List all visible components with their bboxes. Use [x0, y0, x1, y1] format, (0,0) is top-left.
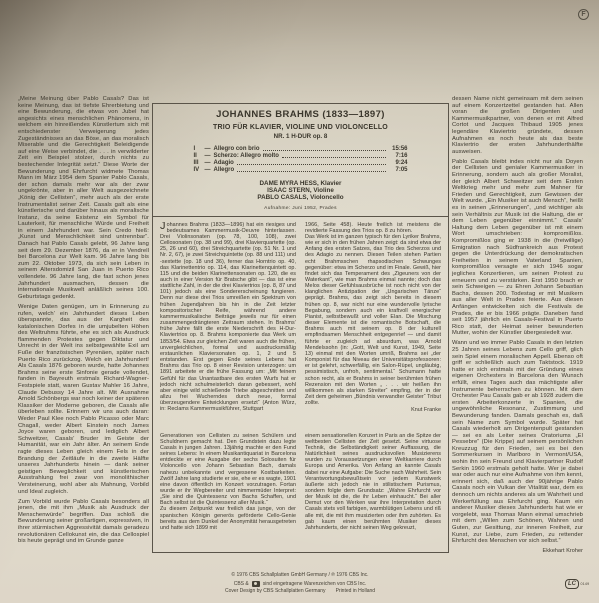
- essay-paragraph: Generationen von Cellisten zu seinen Sch…: [160, 433, 296, 507]
- brahms-essay-columns: Johannes Brahms (1833—1896) hat ein ries…: [153, 217, 448, 419]
- f-corner-mark: F: [578, 9, 589, 20]
- f-corner-mark-letter: F: [581, 11, 585, 18]
- casals-essay-middle-column-1: Generationen von Cellisten zu seinen Sch…: [160, 433, 296, 560]
- essay-column-right: dessen Name nicht gemeinsam mit dem sein…: [452, 96, 583, 555]
- work-info-panel: JOHANNES BRAHMS (1833—1897) TRIO FÜR KLA…: [152, 103, 449, 553]
- trademark-line: CBS & sind eingetragene Warenzeichen von…: [100, 581, 500, 588]
- design-credit: Cover Design by CBS Schallplatten German…: [225, 588, 326, 594]
- dotted-leader: [263, 150, 386, 151]
- label-code-mark: LC 0149: [565, 579, 589, 589]
- credit-line: Cover Design by CBS Schallplatten German…: [100, 588, 500, 594]
- movement-dash: —: [205, 167, 211, 174]
- essay-paragraph: „Meine Meinung über Pablo Casals? Das is…: [18, 96, 149, 300]
- author-signature: Knut Franke: [305, 407, 441, 413]
- movement-time: 15:56: [389, 146, 408, 153]
- movement-numeral: I: [194, 146, 205, 153]
- essay-paragraph: Das Werk ist im ganzen typisch für den L…: [305, 234, 441, 406]
- essay-paragraph: dessen Name nicht gemeinsam mit dem sein…: [452, 96, 583, 155]
- movement-dash: —: [205, 146, 211, 153]
- movement-dash: —: [205, 160, 211, 167]
- work-title: TRIO FÜR KLAVIER, VIOLINE UND VIOLONCELL…: [153, 124, 448, 131]
- lc-logo: LC: [565, 579, 579, 589]
- movement-time: 9:24: [389, 160, 408, 167]
- work-number: NR. 1 H-DUR op. 8: [153, 133, 448, 140]
- casals-essay-middle-columns: Generationen von Cellisten zu seinen Sch…: [153, 428, 448, 560]
- movement-title: Scherzo: Allegro molto: [214, 153, 279, 160]
- movement-row: IV — Allegro 7:05: [194, 167, 408, 174]
- dotted-leader: [282, 157, 386, 158]
- brahms-essay-column-2: 1966, Seite 458). Heute freilich ist mei…: [305, 222, 441, 419]
- essay-paragraph: Zum Vorbild wurde Pablo Casals besonders…: [18, 499, 149, 545]
- essay-column-left: „Meine Meinung über Pablo Casals? Das is…: [18, 96, 149, 548]
- cbs-eye-logo-icon: [252, 581, 260, 588]
- recording-note: Aufnahme: Juni 1952, Prades: [153, 206, 448, 211]
- movement-title: Allegro con brio: [214, 146, 260, 153]
- movement-title: Adagio: [214, 160, 234, 167]
- essay-paragraph: einem sensationellen Konzert in Paris an…: [305, 433, 441, 532]
- movement-row: II — Scherzo: Allegro molto 7:16: [194, 153, 408, 160]
- essay-paragraph: 1966, Seite 458). Heute freilich ist mei…: [305, 222, 441, 234]
- author-signature: Ekkehart Kroher: [452, 548, 583, 555]
- movement-row: III — Adagio 9:24: [194, 160, 408, 167]
- printed-in: Printed in Holland: [336, 588, 375, 594]
- album-back-cover: F „Meine Meinung über Pablo Casals? Das …: [0, 0, 599, 603]
- essay-paragraph: Wann und wo immer Pablo Casals in den le…: [452, 340, 583, 544]
- movement-time: 7:05: [389, 167, 408, 174]
- footer-credits: © 1976 CBS Schallplatten GmbH Germany / …: [100, 572, 500, 594]
- performer-line: DAME MYRA HESS, Klavier: [153, 180, 448, 187]
- essay-paragraph: Pablo Casals bleibt indes nicht nur als …: [452, 159, 583, 337]
- performer-line: ISAAC STERN, Violine: [153, 187, 448, 194]
- movement-time: 7:16: [389, 153, 408, 160]
- essay-paragraph: Johannes Brahms (1833—1896) hat ein ries…: [160, 222, 296, 413]
- performer-line: PABLO CASALS, Violoncello: [153, 194, 448, 201]
- brahms-essay-column-1: Johannes Brahms (1833—1896) hat ein ries…: [160, 222, 296, 419]
- casals-essay-middle-column-2: einem sensationellen Konzert in Paris an…: [305, 433, 441, 560]
- essay-paragraph: Zu diesem Zeitpunkt war freilich das jun…: [160, 506, 296, 531]
- movement-numeral: III: [194, 160, 205, 167]
- composer-title: JOHANNES BRAHMS (1833—1897): [153, 110, 448, 120]
- movement-list: I — Allegro con brio 15:56 II — Scherzo:…: [194, 146, 408, 174]
- trademark-prefix: CBS &: [234, 581, 249, 587]
- trademark-suffix: sind eingetragene Warenzeichen von CBS I…: [263, 581, 367, 587]
- movement-row: I — Allegro con brio 15:56: [194, 146, 408, 153]
- movement-title: Allegro: [214, 167, 235, 174]
- movement-numeral: IV: [194, 167, 205, 174]
- movement-numeral: II: [194, 153, 205, 160]
- dotted-leader: [237, 171, 385, 172]
- performer-list: DAME MYRA HESS, Klavier ISAAC STERN, Vio…: [153, 180, 448, 202]
- dotted-leader: [237, 164, 386, 165]
- lc-number: 0149: [581, 582, 590, 586]
- copyright-line: © 1976 CBS Schallplatten GmbH Germany / …: [100, 572, 500, 578]
- movement-dash: —: [205, 153, 211, 160]
- essay-paragraph: Wenige Daten genügen, um in Erinnerung z…: [18, 304, 149, 495]
